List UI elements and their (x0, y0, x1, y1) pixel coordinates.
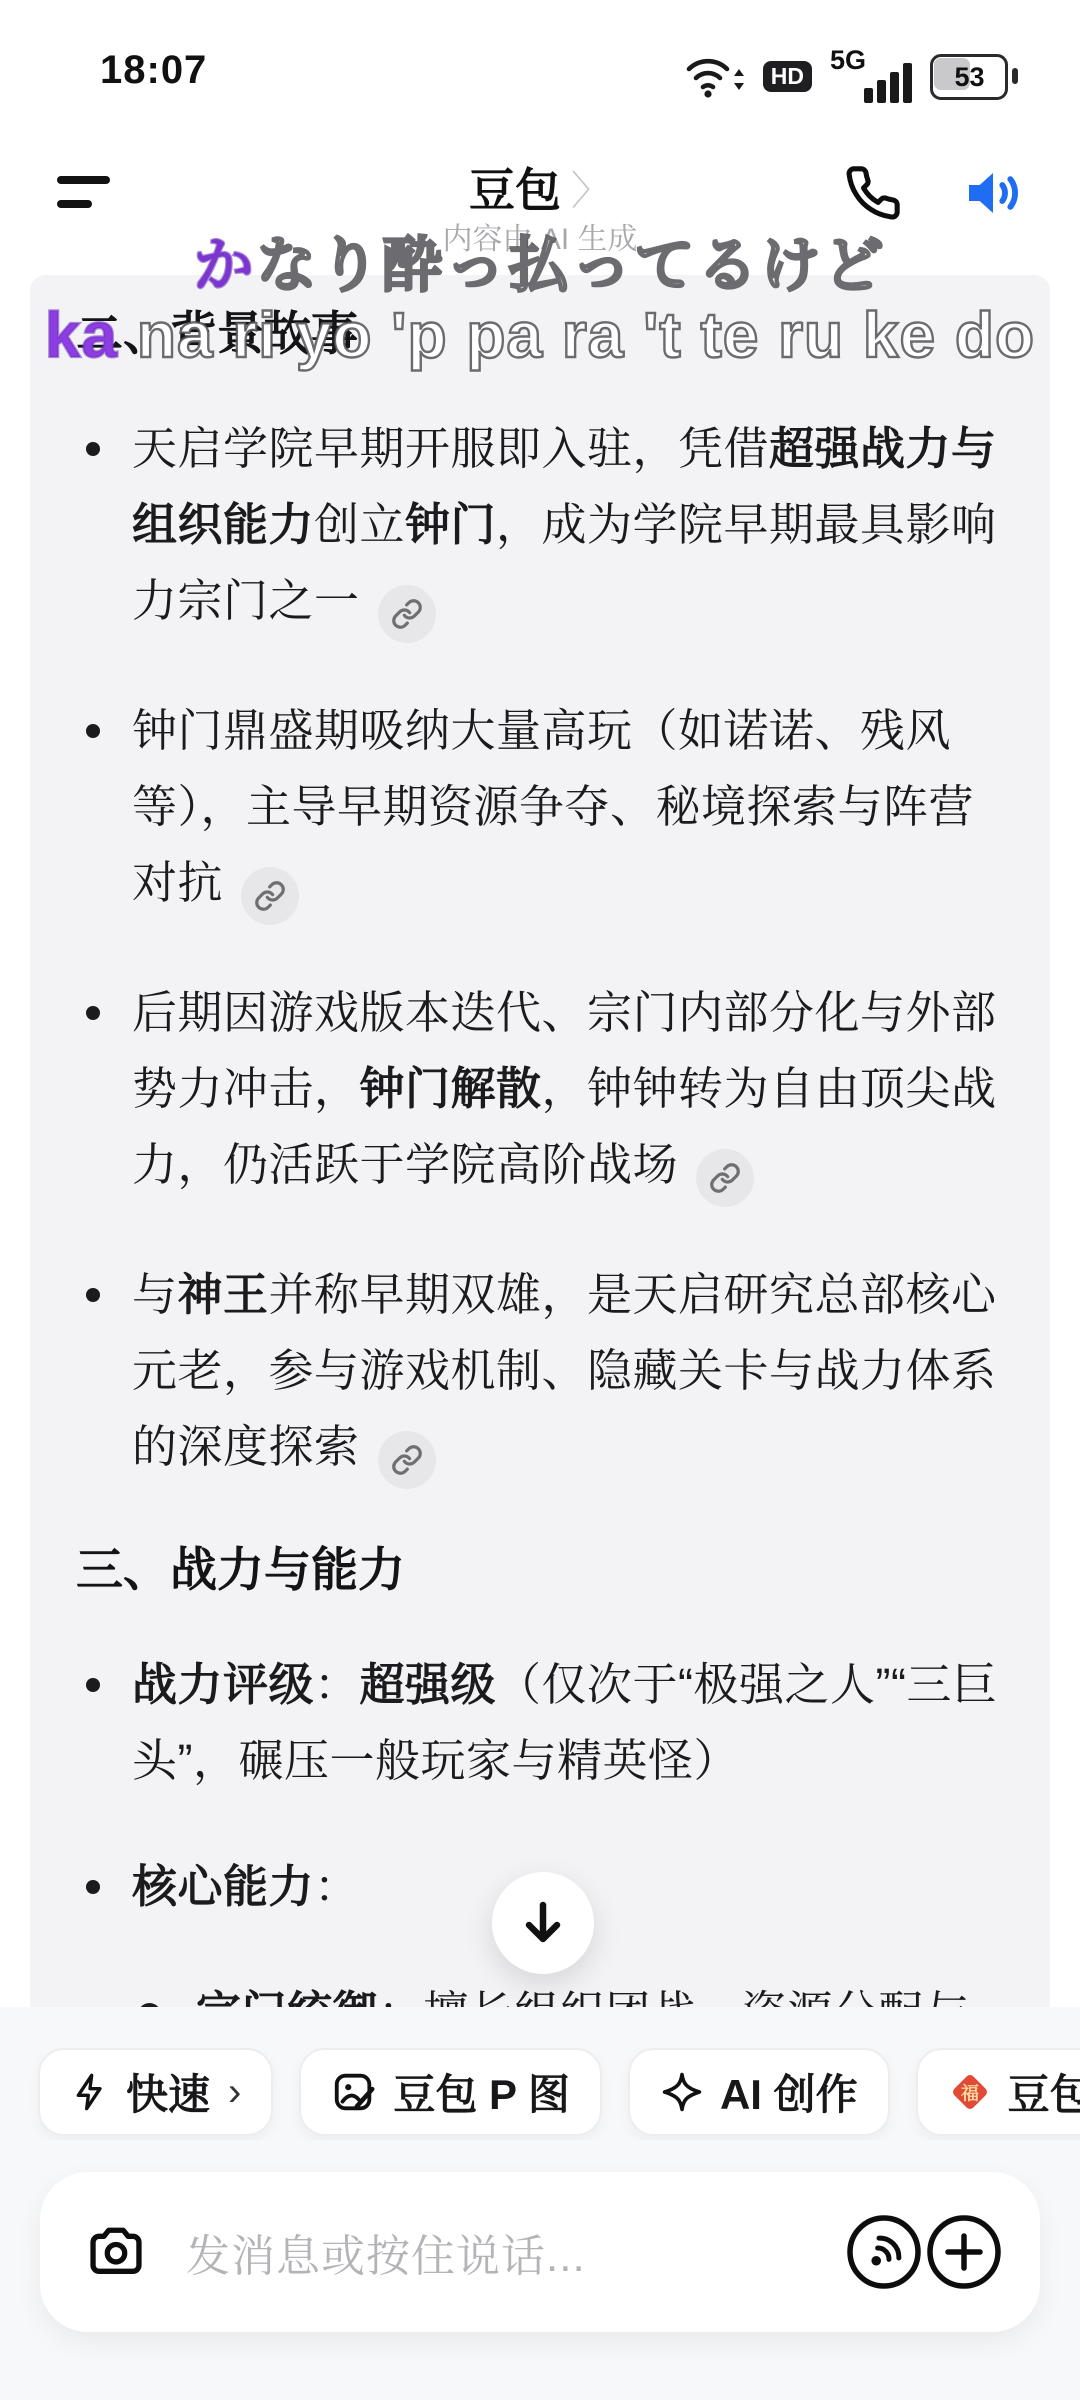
svg-text:福: 福 (961, 2084, 979, 2104)
source-link-icon[interactable] (378, 1431, 436, 1489)
plus-icon (924, 2212, 1004, 2292)
message-input-bar[interactable]: 发消息或按住说话... (40, 2172, 1040, 2332)
body-text: ： (314, 1861, 360, 1912)
scroll-to-bottom-button[interactable] (492, 1872, 594, 1974)
bold-text: 神王 (178, 1269, 269, 1320)
list-item: 天启学院早期开服即入驻，凭借超强战力与组织能力创立钟门，成为学院早期最具影响力宗… (76, 411, 1006, 643)
phone-icon (844, 164, 902, 222)
chip-quick[interactable]: 快速› (38, 2048, 273, 2136)
chip-photo-edit[interactable]: 豆包 P 图 (299, 2048, 602, 2136)
body-text: ： (314, 1659, 360, 1710)
add-attachment-button[interactable] (924, 2212, 1004, 2292)
bold-text: 宗门统御 (196, 1987, 378, 2007)
voice-mode-button[interactable] (844, 2212, 924, 2292)
sparkle-icon (660, 2070, 704, 2114)
source-link-icon[interactable] (378, 585, 436, 643)
section-title-background-story: 二、背景故事 (76, 303, 1006, 365)
source-link-icon[interactable] (696, 1149, 754, 1207)
battery-icon: 53 (930, 54, 1018, 98)
page-title[interactable]: 豆包 (469, 164, 561, 216)
message-input-placeholder[interactable]: 发消息或按住说话... (186, 2220, 844, 2284)
read-aloud-button[interactable] (958, 158, 1028, 228)
body-text: 天启学院早期开服即入驻，凭借 (132, 423, 769, 474)
app-header: 豆包〉 内容由 AI 生成 (0, 140, 1080, 260)
speaker-icon (961, 161, 1025, 225)
bold-text: 钟门解散 (360, 1063, 542, 1114)
background-story-list: 天启学院早期开服即入驻，凭借超强战力与组织能力创立钟门，成为学院早期最具影响力宗… (76, 411, 1006, 1489)
list-item: 钟门鼎盛期吸纳大量高玩（如诺诺、残风等），主导早期资源争夺、秘境探索与阵营对抗 (76, 693, 1006, 925)
quick-action-chips: 快速› 豆包 P 图 AI 创作 福 豆包过年 (0, 2048, 1080, 2140)
bold-text: 钟门 (405, 499, 496, 550)
body-text: 创立 (314, 499, 405, 550)
chip-doubao-newyear[interactable]: 福 豆包过年 (916, 2048, 1080, 2136)
voice-wave-icon (844, 2212, 924, 2292)
arrow-down-icon (517, 1897, 569, 1949)
wifi-icon (683, 50, 745, 102)
list-item: 战力评级：超强级（仅次于“极强之人”“三巨头”，碾压一般玩家与精英怪） (76, 1647, 1006, 1799)
chevron-right-icon: 〉 (571, 169, 611, 213)
body-text: ：擅长组织团战、资源分配与 (378, 1987, 970, 2007)
list-item: 与神王并称早期双雄，是天启研究总部核心元老，参与游戏机制、隐藏关卡与战力体系的深… (76, 1257, 1006, 1489)
ai-answer-panel: 二、背景故事 天启学院早期开服即入驻，凭借超强战力与组织能力创立钟门，成为学院早… (30, 275, 1050, 2007)
photo-edit-icon (331, 2069, 377, 2115)
signal-5g-icon: 5G (830, 47, 912, 105)
doubao-app-screen: 18:07 HD 5G 53 (0, 0, 1080, 2400)
ai-disclaimer: 内容由 AI 生成 (0, 214, 1080, 258)
body-text: 与 (132, 1269, 178, 1320)
bold-text: 战力评级 (132, 1659, 314, 1710)
bold-text: 核心能力 (132, 1861, 314, 1912)
list-item: 后期因游戏版本迭代、宗门内部分化与外部势力冲击，钟门解散，钟钟转为自由顶尖战力，… (76, 975, 1006, 1207)
hd-volte-badge: HD (763, 61, 812, 92)
fu-badge-icon: 福 (948, 2070, 992, 2114)
lightning-icon (70, 2070, 110, 2114)
camera-icon[interactable] (84, 2223, 148, 2281)
source-link-icon[interactable] (241, 867, 299, 925)
status-bar: 18:07 HD 5G 53 (0, 0, 1080, 110)
list-item: 宗门统御：擅长组织团战、资源分配与 (76, 1975, 1006, 2007)
voice-call-button[interactable] (838, 158, 908, 228)
clock-time: 18:07 (100, 48, 207, 93)
section-title-power-ability: 三、战力与能力 (76, 1539, 1006, 1601)
chip-ai-create[interactable]: AI 创作 (628, 2048, 890, 2136)
battery-percent: 53 (930, 54, 1009, 100)
bold-text: 超强级 (360, 1659, 497, 1710)
chevron-right-icon: › (228, 2070, 241, 2115)
